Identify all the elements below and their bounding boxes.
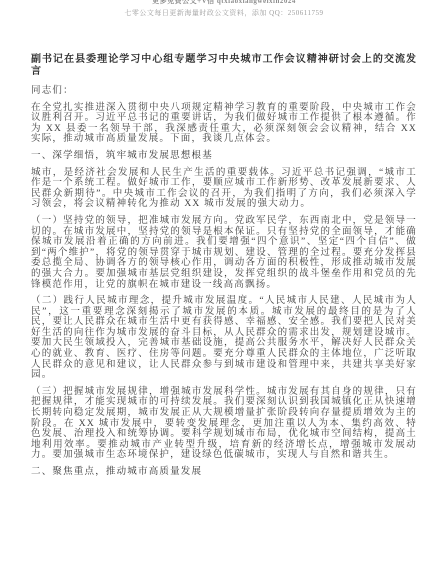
body-paragraph-point-2: （二）践行人民城市理念，提升城市发展温度。“人民城市人民建、人民城市为人民”，这… bbox=[31, 296, 417, 381]
body-paragraph-overview: 城市，是经济社会发展和人民生产生活的重要载体。习近平总书记强调，“城市工作是一个… bbox=[31, 168, 417, 210]
promo-header-line2: 七零公文每日更新海量时政公文资料，添加 QQ：250611759 bbox=[0, 9, 448, 18]
section-heading-1: 一、深学细悟，筑牢城市发展思想根基 bbox=[31, 151, 417, 162]
body-paragraph-point-3: （三）把握城市发展规律，增强城市发展科学性。城市发展有其自身的规律，只有把握规律… bbox=[31, 387, 417, 461]
body-paragraph-point-1: （一）坚持党的领导，把准城市发展方向。党政军民学，东西南北中，党是领导一切的。在… bbox=[31, 216, 417, 290]
section-heading-2: 二、聚焦重点，推动城市高质量发展 bbox=[31, 467, 417, 478]
document-body: 副书记在县委理论学习中心组专题学习中央城市工作会议精神研讨会上的交流发言 同志们… bbox=[0, 18, 448, 478]
document-title: 副书记在县委理论学习中心组专题学习中央城市工作会议精神研讨会上的交流发言 bbox=[31, 54, 417, 78]
salutation-paragraph: 同志们： bbox=[31, 86, 417, 97]
intro-paragraph: 在全党扎实推进深入贯彻中央八项规定精神学习教育的重要阶段，中央城市工作会议胜利召… bbox=[31, 103, 417, 145]
promo-header: 更多免费公文+V信 qtxiaoxiangweixin2024 七零公文每日更新… bbox=[0, 0, 448, 18]
promo-header-line1: 更多免费公文+V信 qtxiaoxiangweixin2024 bbox=[0, 0, 448, 6]
document-page: 更多免费公文+V信 qtxiaoxiangweixin2024 七零公文每日更新… bbox=[0, 0, 448, 580]
